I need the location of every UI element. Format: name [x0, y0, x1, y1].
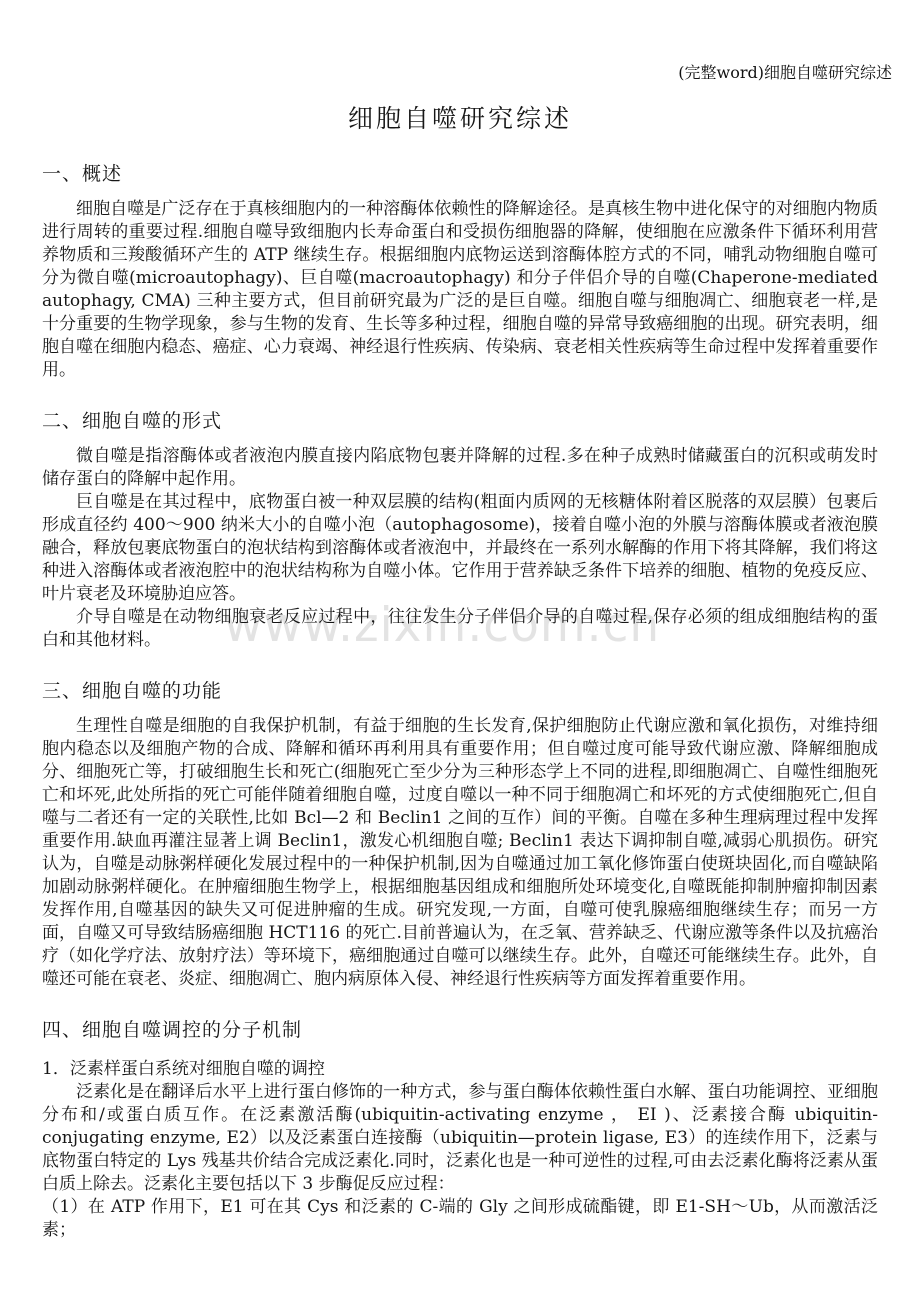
paragraph: 泛素化是在翻译后水平上进行蛋白修饰的一种方式，参与蛋白酶体依赖性蛋白水解、蛋白功… — [42, 1081, 878, 1196]
document-content: (完整word)细胞自噬研究综述 细胞自噬研究综述 一、概述 细胞自噬是广泛存在… — [0, 0, 920, 1242]
paragraph: 生理性自噬是细胞的自我保护机制，有益于细胞的生长发育,保护细胞防止代谢应激和氧化… — [42, 715, 878, 991]
section-functions: 三、细胞自噬的功能 生理性自噬是细胞的自我保护机制，有益于细胞的生长发育,保护细… — [42, 676, 878, 991]
running-header: (完整word)细胞自噬研究综述 — [42, 60, 892, 83]
paragraph: 微自噬是指溶酶体或者液泡内膜直接内陷底物包裹并降解的过程.多在种子成熟时储藏蛋白… — [42, 445, 878, 491]
section-forms: 二、细胞自噬的形式 微自噬是指溶酶体或者液泡内膜直接内陷底物包裹并降解的过程.多… — [42, 406, 878, 652]
document-page: www.zixin.com.cn (完整word)细胞自噬研究综述 细胞自噬研究… — [0, 0, 920, 1302]
section-heading-4: 四、细胞自噬调控的分子机制 — [42, 1015, 878, 1042]
paragraph: 细胞自噬是广泛存在于真核细胞内的一种溶酶体依赖性的降解途径。是真核生物中进化保守… — [42, 198, 878, 382]
paragraph: 巨自噬是在其过程中，底物蛋白被一种双层膜的结构(粗面内质网的无核糖体附着区脱落的… — [42, 491, 878, 606]
paragraph-step-1: （1）在 ATP 作用下，E1 可在其 Cys 和泛素的 C-端的 Gly 之间… — [42, 1196, 878, 1242]
section-overview: 一、概述 细胞自噬是广泛存在于真核细胞内的一种溶酶体依赖性的降解途径。是真核生物… — [42, 159, 878, 382]
section-heading-1: 一、概述 — [42, 159, 878, 186]
section-heading-2: 二、细胞自噬的形式 — [42, 406, 878, 433]
page-title: 细胞自噬研究综述 — [42, 99, 878, 135]
subsection-heading: 1．泛素样蛋白系统对细胞自噬的调控 — [42, 1054, 878, 1079]
paragraph: 介导自噬是在动物细胞衰老反应过程中，往往发生分子伴侣介导的自噬过程,保存必须的组… — [42, 606, 878, 652]
section-molecular-mechanism: 四、细胞自噬调控的分子机制 1．泛素样蛋白系统对细胞自噬的调控 泛素化是在翻译后… — [42, 1015, 878, 1242]
section-heading-3: 三、细胞自噬的功能 — [42, 676, 878, 703]
